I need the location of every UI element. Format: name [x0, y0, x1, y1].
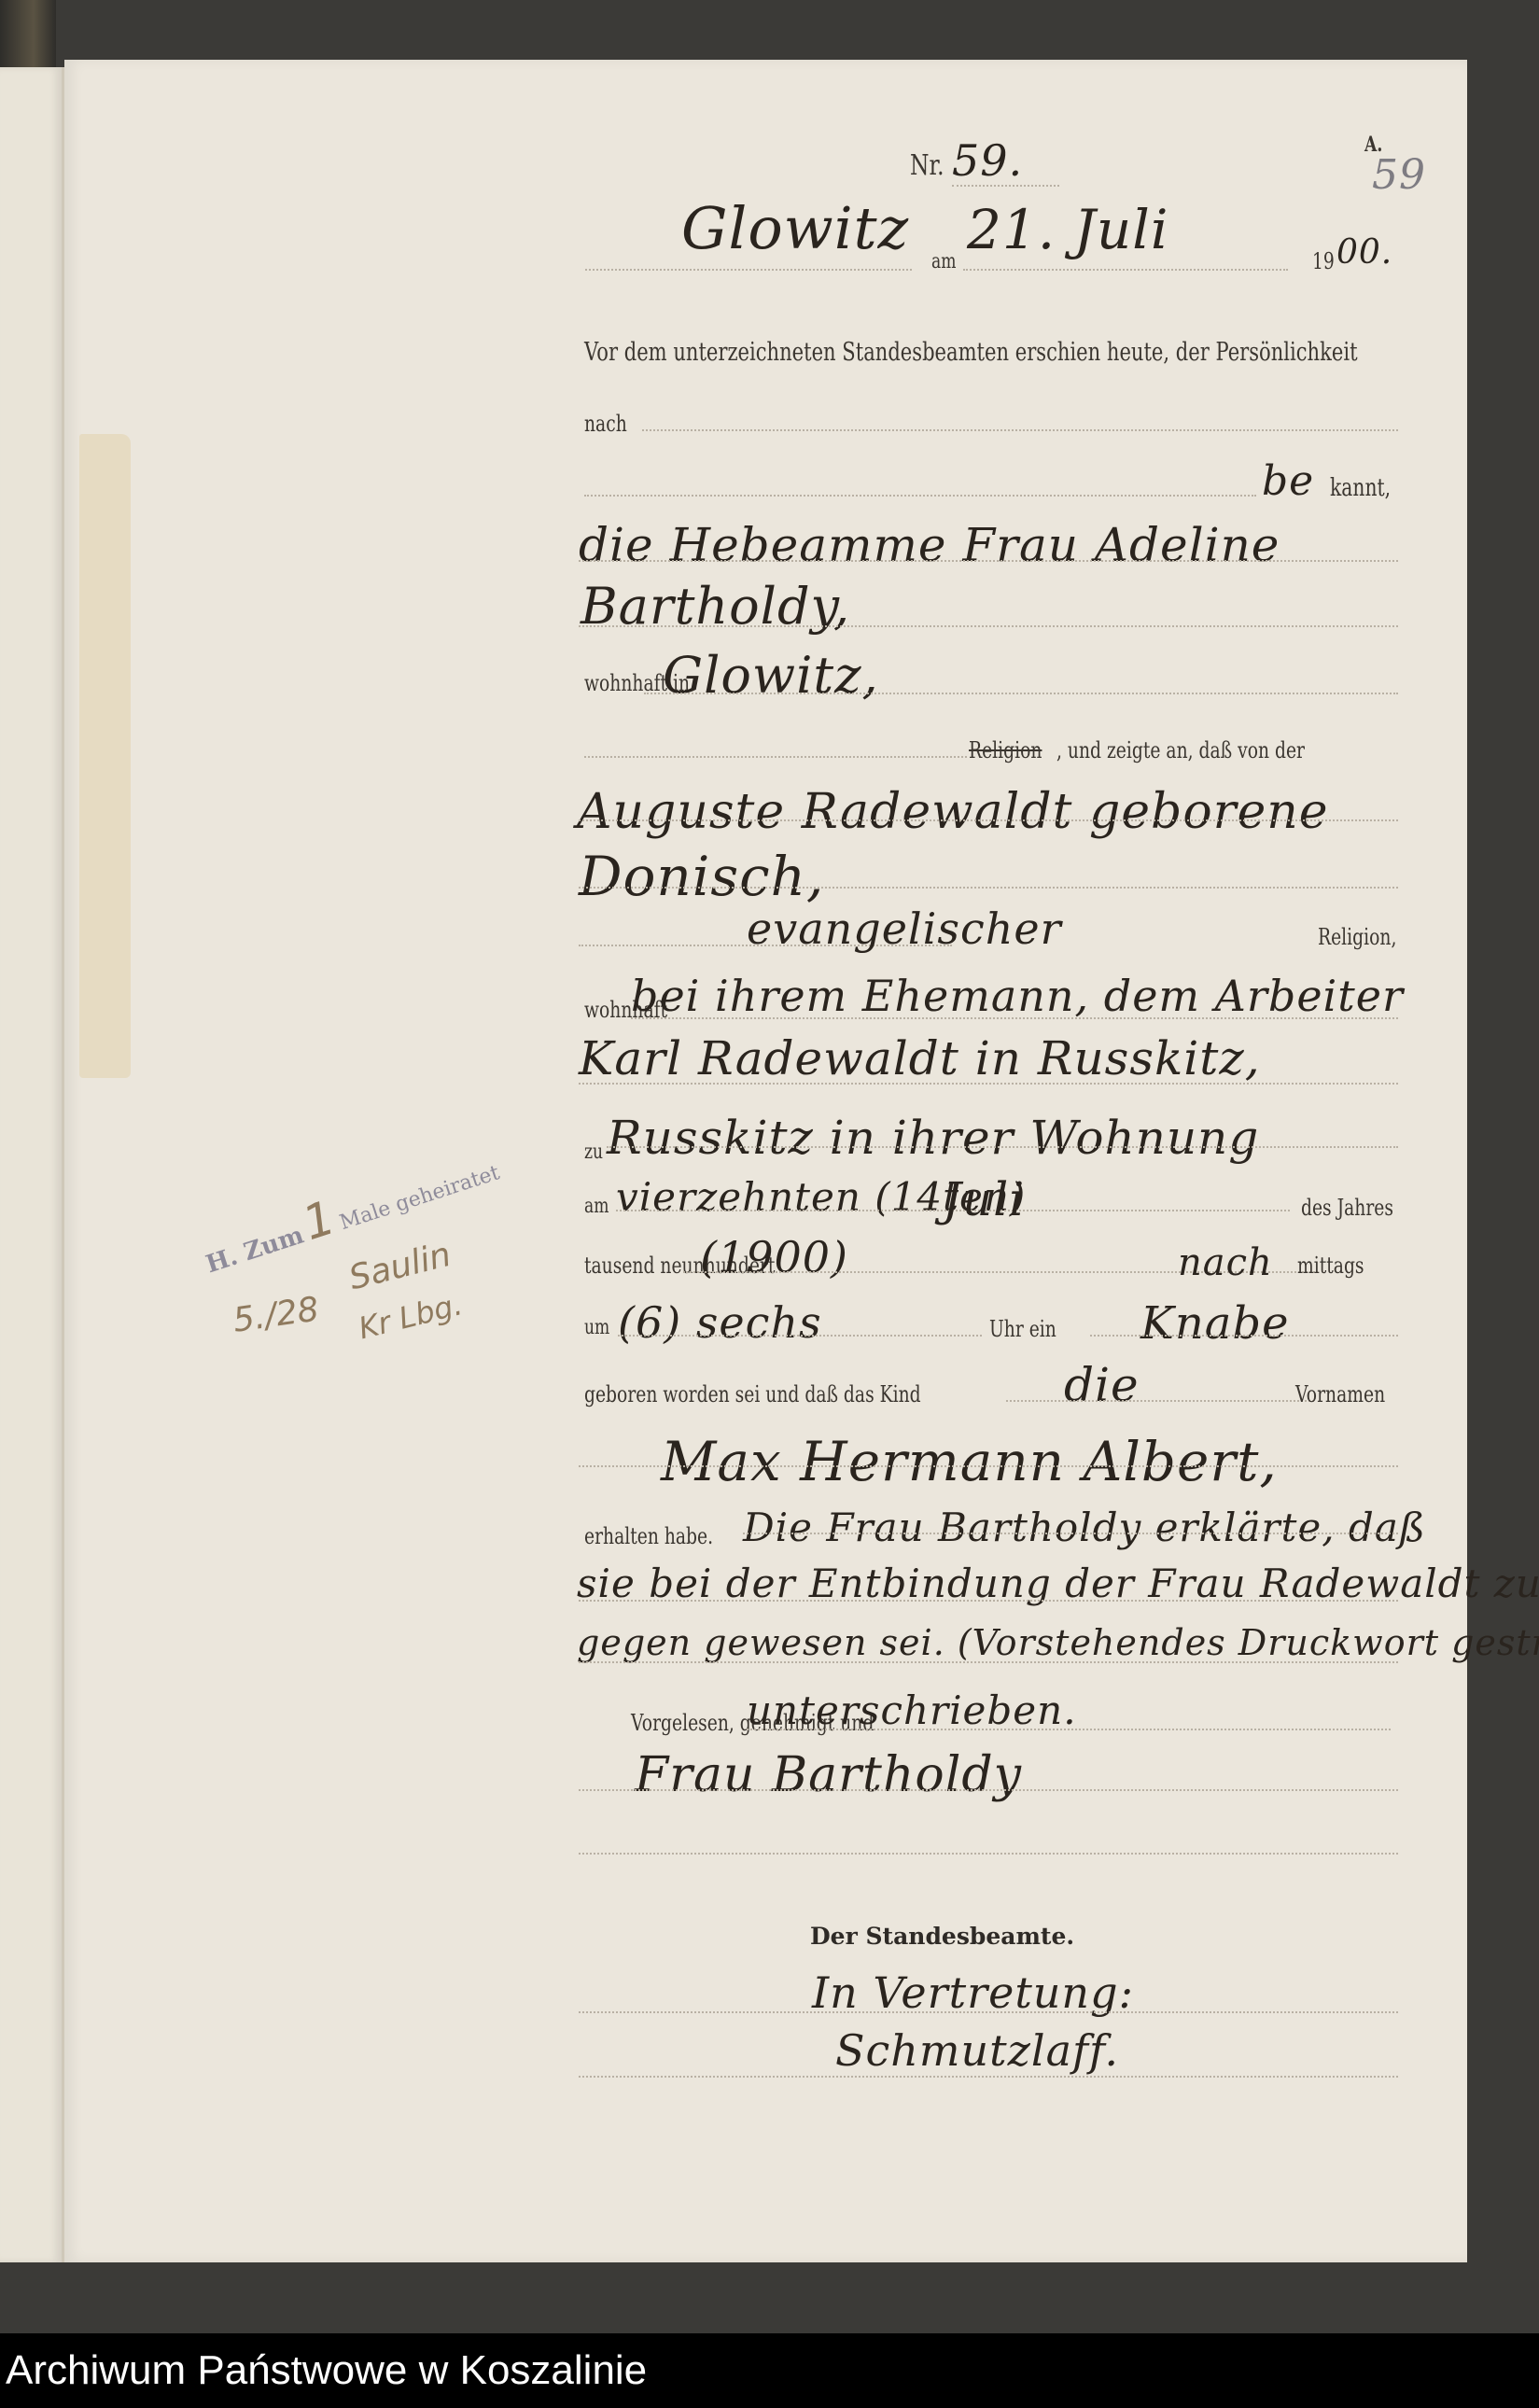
remark-rule-2 [579, 1600, 1398, 1602]
registrar-rule-1 [579, 2011, 1398, 2013]
nr-line [952, 185, 1059, 187]
vornamen-label: Vornamen [1295, 1381, 1385, 1407]
residence-rule [644, 693, 1398, 694]
mother-line-1: Auguste Radewaldt geborene [577, 784, 1329, 840]
date-line [963, 269, 1288, 271]
registrar-rule-2 [579, 2076, 1398, 2078]
religion-struck-label: Religion [969, 737, 1042, 763]
mother-line-2-rule [579, 887, 1398, 889]
registrar-line-2: Schmutzlaff. [835, 2025, 1119, 2076]
nach-line [642, 429, 1398, 431]
page-mark-number: 59 [1372, 151, 1426, 199]
des-jahres-label: des Jahres [1301, 1195, 1393, 1221]
mother-residence-line-1: bei ihrem Ehemann, dem Arbeiter [631, 971, 1404, 1021]
birth-hour-rule [618, 1335, 982, 1337]
intro-text: Vor dem unterzeichneten Standesbeamten e… [584, 338, 1358, 367]
birth-place-rule [607, 1146, 1398, 1148]
repair-tape-strip [79, 434, 131, 1078]
mother-residence-rule-2 [579, 1083, 1398, 1085]
birth-hour: (6) sechs [618, 1297, 822, 1348]
religion-blank-line [584, 756, 967, 758]
bekannt-handwritten: be [1262, 457, 1314, 505]
mittags-handwritten: nach [1178, 1241, 1273, 1284]
zu-label: zu [584, 1141, 603, 1164]
geboren-label: geboren worden sei und daß das Kind [584, 1381, 921, 1407]
informant-residence: Glowitz, [663, 646, 879, 705]
nach-label: nach [584, 411, 627, 437]
book-binding-edge [0, 0, 56, 70]
registrar-heading: Der Standesbeamte. [810, 1923, 1074, 1950]
place-line [585, 269, 912, 271]
birth-year: (1900) [700, 1232, 848, 1282]
informant-signature: Frau Bartholdy [635, 1747, 1022, 1803]
zeigte-an-text: , und zeigte an, daß von der [1056, 737, 1305, 763]
informant-line-1-rule [579, 560, 1398, 562]
remark-rule-1 [743, 1533, 1398, 1534]
uhr-ein-label: Uhr ein [989, 1316, 1056, 1342]
remark-rule-3 [579, 1661, 1398, 1663]
mother-residence-rule-1 [631, 1017, 1398, 1019]
child-sex-rule [1090, 1335, 1398, 1337]
mother-residence-line-2: Karl Radewaldt in Russkitz, [579, 1031, 1261, 1085]
year-suffix: 00. [1336, 233, 1392, 272]
mother-line-2: Donisch, [579, 845, 824, 908]
bekannt-line [584, 495, 1256, 497]
unterschrieben-handwritten: unterschrieben. [747, 1687, 1077, 1733]
remark-line-1: Die Frau Bartholdy erklärte, daß [743, 1505, 1426, 1550]
birth-place: Russkitz in ihrer Wohnung [607, 1111, 1259, 1165]
record-number: 59. [952, 135, 1023, 186]
mother-line-1-rule [579, 819, 1398, 821]
archive-caption: Archiwum Państwowe w Koszalinie [0, 2333, 1539, 2408]
blank-signature-rule [579, 1853, 1398, 1855]
religion-label: Religion, [1318, 924, 1396, 950]
registry-place: Glowitz [681, 194, 909, 262]
birth-month: Juli [943, 1172, 1025, 1226]
mother-religion: evangelischer [747, 903, 1062, 954]
bekannt-printed: kannt, [1330, 474, 1391, 502]
um-label: um [584, 1316, 609, 1339]
child-names-rule [579, 1465, 1398, 1467]
mittags-printed: mittags [1297, 1253, 1364, 1279]
am-label: am [931, 250, 957, 273]
year-prefix: 19 [1312, 248, 1335, 274]
informant-line-2-rule [579, 625, 1398, 627]
informant-line-1: die Hebeamme Frau Adeline [579, 518, 1280, 572]
die-handwritten: die [1064, 1358, 1140, 1412]
remark-line-3: gegen gewesen sei. (Vorstehendes Druckwo… [577, 1622, 1539, 1663]
vorgelesen-rule [747, 1729, 1391, 1730]
registrar-line-1: In Vertretung: [812, 1967, 1134, 2018]
registry-date: 21. Juli [967, 198, 1168, 261]
child-given-names: Max Hermann Albert, [661, 1430, 1278, 1493]
informant-signature-rule [579, 1789, 1398, 1791]
birth-am-label: am [584, 1195, 609, 1218]
erhalten-label: erhalten habe. [584, 1523, 713, 1549]
die-rule [1006, 1400, 1314, 1402]
nr-label: Nr. [910, 149, 944, 182]
previous-page-edge [0, 67, 64, 2262]
child-sex: Knabe [1140, 1297, 1290, 1350]
